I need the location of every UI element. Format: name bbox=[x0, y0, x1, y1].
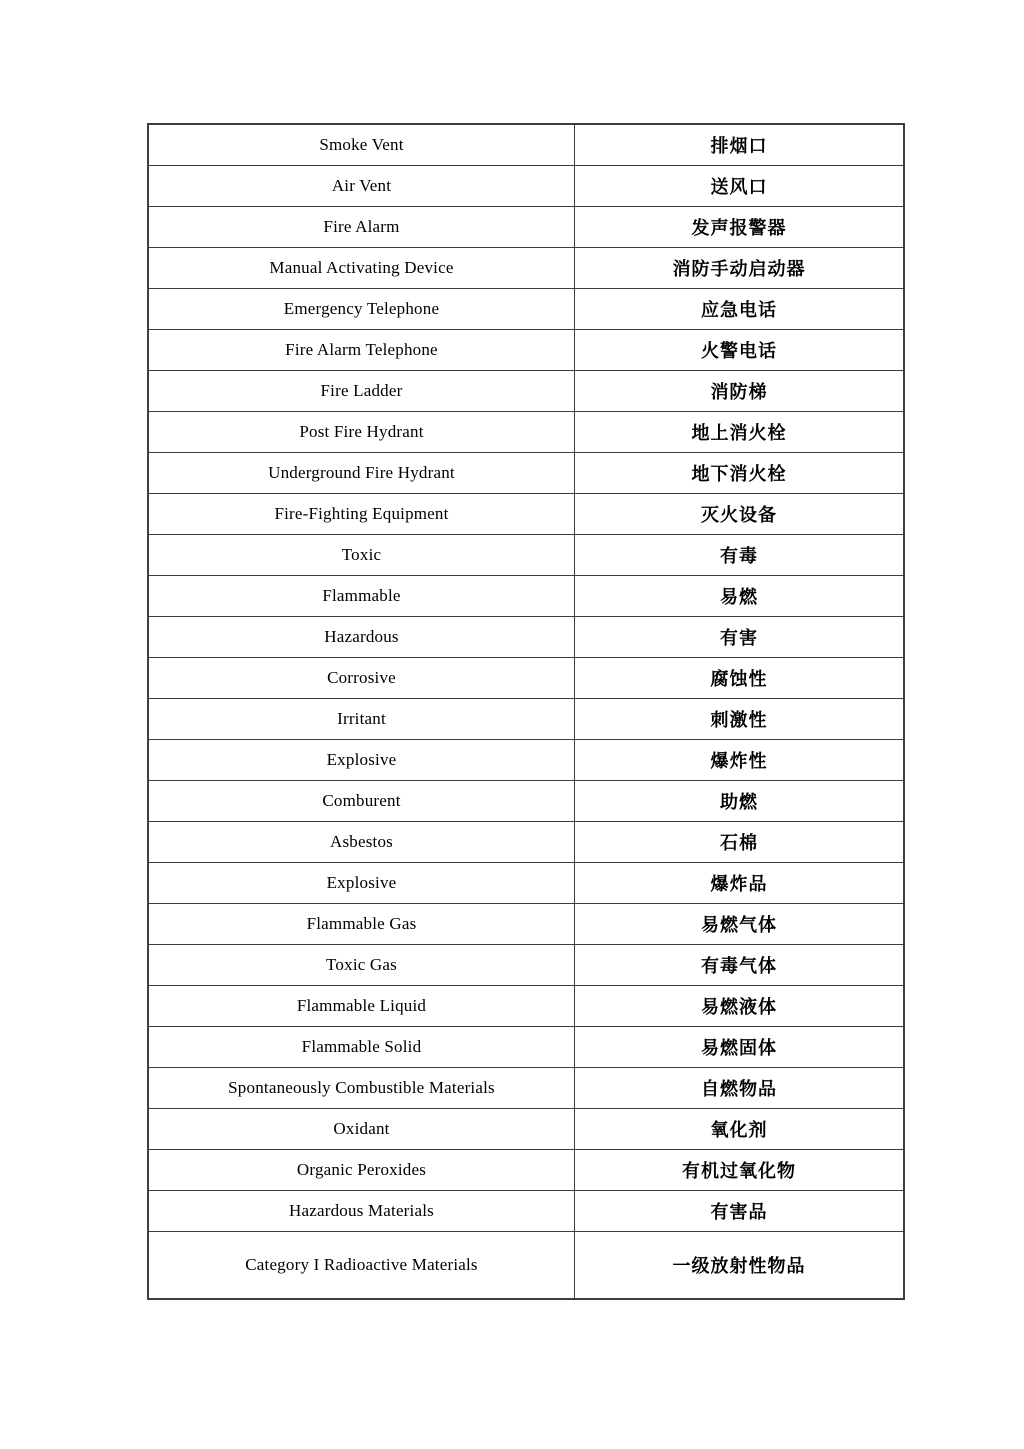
document-page: Smoke Vent 排烟口 Air Vent 送风口 Fire Alarm 发… bbox=[0, 0, 1024, 1449]
english-term-cell: Air Vent bbox=[148, 166, 575, 207]
english-term-cell: Category I Radioactive Materials bbox=[148, 1232, 575, 1300]
chinese-term-cell: 石棉 bbox=[575, 822, 905, 863]
table-row: Toxic 有毒 bbox=[148, 535, 904, 576]
chinese-term-cell: 有害 bbox=[575, 617, 905, 658]
chinese-term-cell: 地上消火栓 bbox=[575, 412, 905, 453]
table-row: Flammable Gas 易燃气体 bbox=[148, 904, 904, 945]
english-term-cell: Comburent bbox=[148, 781, 575, 822]
chinese-term-cell: 有机过氧化物 bbox=[575, 1150, 905, 1191]
chinese-term-cell: 消防梯 bbox=[575, 371, 905, 412]
table-row: Emergency Telephone 应急电话 bbox=[148, 289, 904, 330]
chinese-term-cell: 爆炸性 bbox=[575, 740, 905, 781]
table-row: Underground Fire Hydrant 地下消火栓 bbox=[148, 453, 904, 494]
chinese-term-cell: 灭火设备 bbox=[575, 494, 905, 535]
english-term-cell: Underground Fire Hydrant bbox=[148, 453, 575, 494]
english-term-cell: Hazardous Materials bbox=[148, 1191, 575, 1232]
chinese-term-cell: 易燃气体 bbox=[575, 904, 905, 945]
table-row: Fire Alarm Telephone 火警电话 bbox=[148, 330, 904, 371]
table-row: Fire Alarm 发声报警器 bbox=[148, 207, 904, 248]
chinese-term-cell: 爆炸品 bbox=[575, 863, 905, 904]
table-row: Flammable Solid 易燃固体 bbox=[148, 1027, 904, 1068]
table-row: Irritant 刺激性 bbox=[148, 699, 904, 740]
english-term-cell: Flammable bbox=[148, 576, 575, 617]
english-term-cell: Smoke Vent bbox=[148, 124, 575, 166]
table-row: Fire Ladder 消防梯 bbox=[148, 371, 904, 412]
chinese-term-cell: 自燃物品 bbox=[575, 1068, 905, 1109]
table-row: Oxidant 氧化剂 bbox=[148, 1109, 904, 1150]
english-term-cell: Explosive bbox=[148, 863, 575, 904]
english-term-cell: Flammable Liquid bbox=[148, 986, 575, 1027]
english-term-cell: Manual Activating Device bbox=[148, 248, 575, 289]
table-row: Hazardous 有害 bbox=[148, 617, 904, 658]
table-row: Fire-Fighting Equipment 灭火设备 bbox=[148, 494, 904, 535]
chinese-term-cell: 腐蚀性 bbox=[575, 658, 905, 699]
glossary-table-body: Smoke Vent 排烟口 Air Vent 送风口 Fire Alarm 发… bbox=[148, 124, 904, 1299]
chinese-term-cell: 有毒 bbox=[575, 535, 905, 576]
table-row: Air Vent 送风口 bbox=[148, 166, 904, 207]
english-term-cell: Spontaneously Combustible Materials bbox=[148, 1068, 575, 1109]
chinese-term-cell: 火警电话 bbox=[575, 330, 905, 371]
chinese-term-cell: 应急电话 bbox=[575, 289, 905, 330]
table-row: Explosive 爆炸性 bbox=[148, 740, 904, 781]
chinese-term-cell: 助燃 bbox=[575, 781, 905, 822]
english-term-cell: Toxic Gas bbox=[148, 945, 575, 986]
chinese-term-cell: 排烟口 bbox=[575, 124, 905, 166]
english-term-cell: Toxic bbox=[148, 535, 575, 576]
table-row: Hazardous Materials 有害品 bbox=[148, 1191, 904, 1232]
english-term-cell: Asbestos bbox=[148, 822, 575, 863]
table-row: Toxic Gas 有毒气体 bbox=[148, 945, 904, 986]
chinese-term-cell: 易燃 bbox=[575, 576, 905, 617]
table-row: Spontaneously Combustible Materials 自燃物品 bbox=[148, 1068, 904, 1109]
english-term-cell: Flammable Gas bbox=[148, 904, 575, 945]
chinese-term-cell: 有害品 bbox=[575, 1191, 905, 1232]
chinese-term-cell: 地下消火栓 bbox=[575, 453, 905, 494]
english-term-cell: Oxidant bbox=[148, 1109, 575, 1150]
table-row: Explosive 爆炸品 bbox=[148, 863, 904, 904]
chinese-term-cell: 发声报警器 bbox=[575, 207, 905, 248]
chinese-term-cell: 有毒气体 bbox=[575, 945, 905, 986]
chinese-term-cell: 消防手动启动器 bbox=[575, 248, 905, 289]
chinese-term-cell: 刺激性 bbox=[575, 699, 905, 740]
chinese-term-cell: 易燃固体 bbox=[575, 1027, 905, 1068]
english-term-cell: Explosive bbox=[148, 740, 575, 781]
english-term-cell: Organic Peroxides bbox=[148, 1150, 575, 1191]
table-row: Post Fire Hydrant 地上消火栓 bbox=[148, 412, 904, 453]
english-term-cell: Hazardous bbox=[148, 617, 575, 658]
table-row: Category I Radioactive Materials 一级放射性物品 bbox=[148, 1232, 904, 1300]
english-term-cell: Fire-Fighting Equipment bbox=[148, 494, 575, 535]
english-term-cell: Flammable Solid bbox=[148, 1027, 575, 1068]
english-term-cell: Corrosive bbox=[148, 658, 575, 699]
chinese-term-cell: 氧化剂 bbox=[575, 1109, 905, 1150]
chinese-term-cell: 一级放射性物品 bbox=[575, 1232, 905, 1300]
table-row: Flammable 易燃 bbox=[148, 576, 904, 617]
table-row: Manual Activating Device 消防手动启动器 bbox=[148, 248, 904, 289]
english-term-cell: Emergency Telephone bbox=[148, 289, 575, 330]
english-term-cell: Fire Alarm bbox=[148, 207, 575, 248]
table-row: Corrosive 腐蚀性 bbox=[148, 658, 904, 699]
english-term-cell: Post Fire Hydrant bbox=[148, 412, 575, 453]
glossary-table: Smoke Vent 排烟口 Air Vent 送风口 Fire Alarm 发… bbox=[147, 123, 905, 1300]
english-term-cell: Irritant bbox=[148, 699, 575, 740]
table-row: Flammable Liquid 易燃液体 bbox=[148, 986, 904, 1027]
table-row: Comburent 助燃 bbox=[148, 781, 904, 822]
chinese-term-cell: 送风口 bbox=[575, 166, 905, 207]
table-row: Organic Peroxides 有机过氧化物 bbox=[148, 1150, 904, 1191]
english-term-cell: Fire Ladder bbox=[148, 371, 575, 412]
table-row: Smoke Vent 排烟口 bbox=[148, 124, 904, 166]
chinese-term-cell: 易燃液体 bbox=[575, 986, 905, 1027]
table-row: Asbestos 石棉 bbox=[148, 822, 904, 863]
english-term-cell: Fire Alarm Telephone bbox=[148, 330, 575, 371]
